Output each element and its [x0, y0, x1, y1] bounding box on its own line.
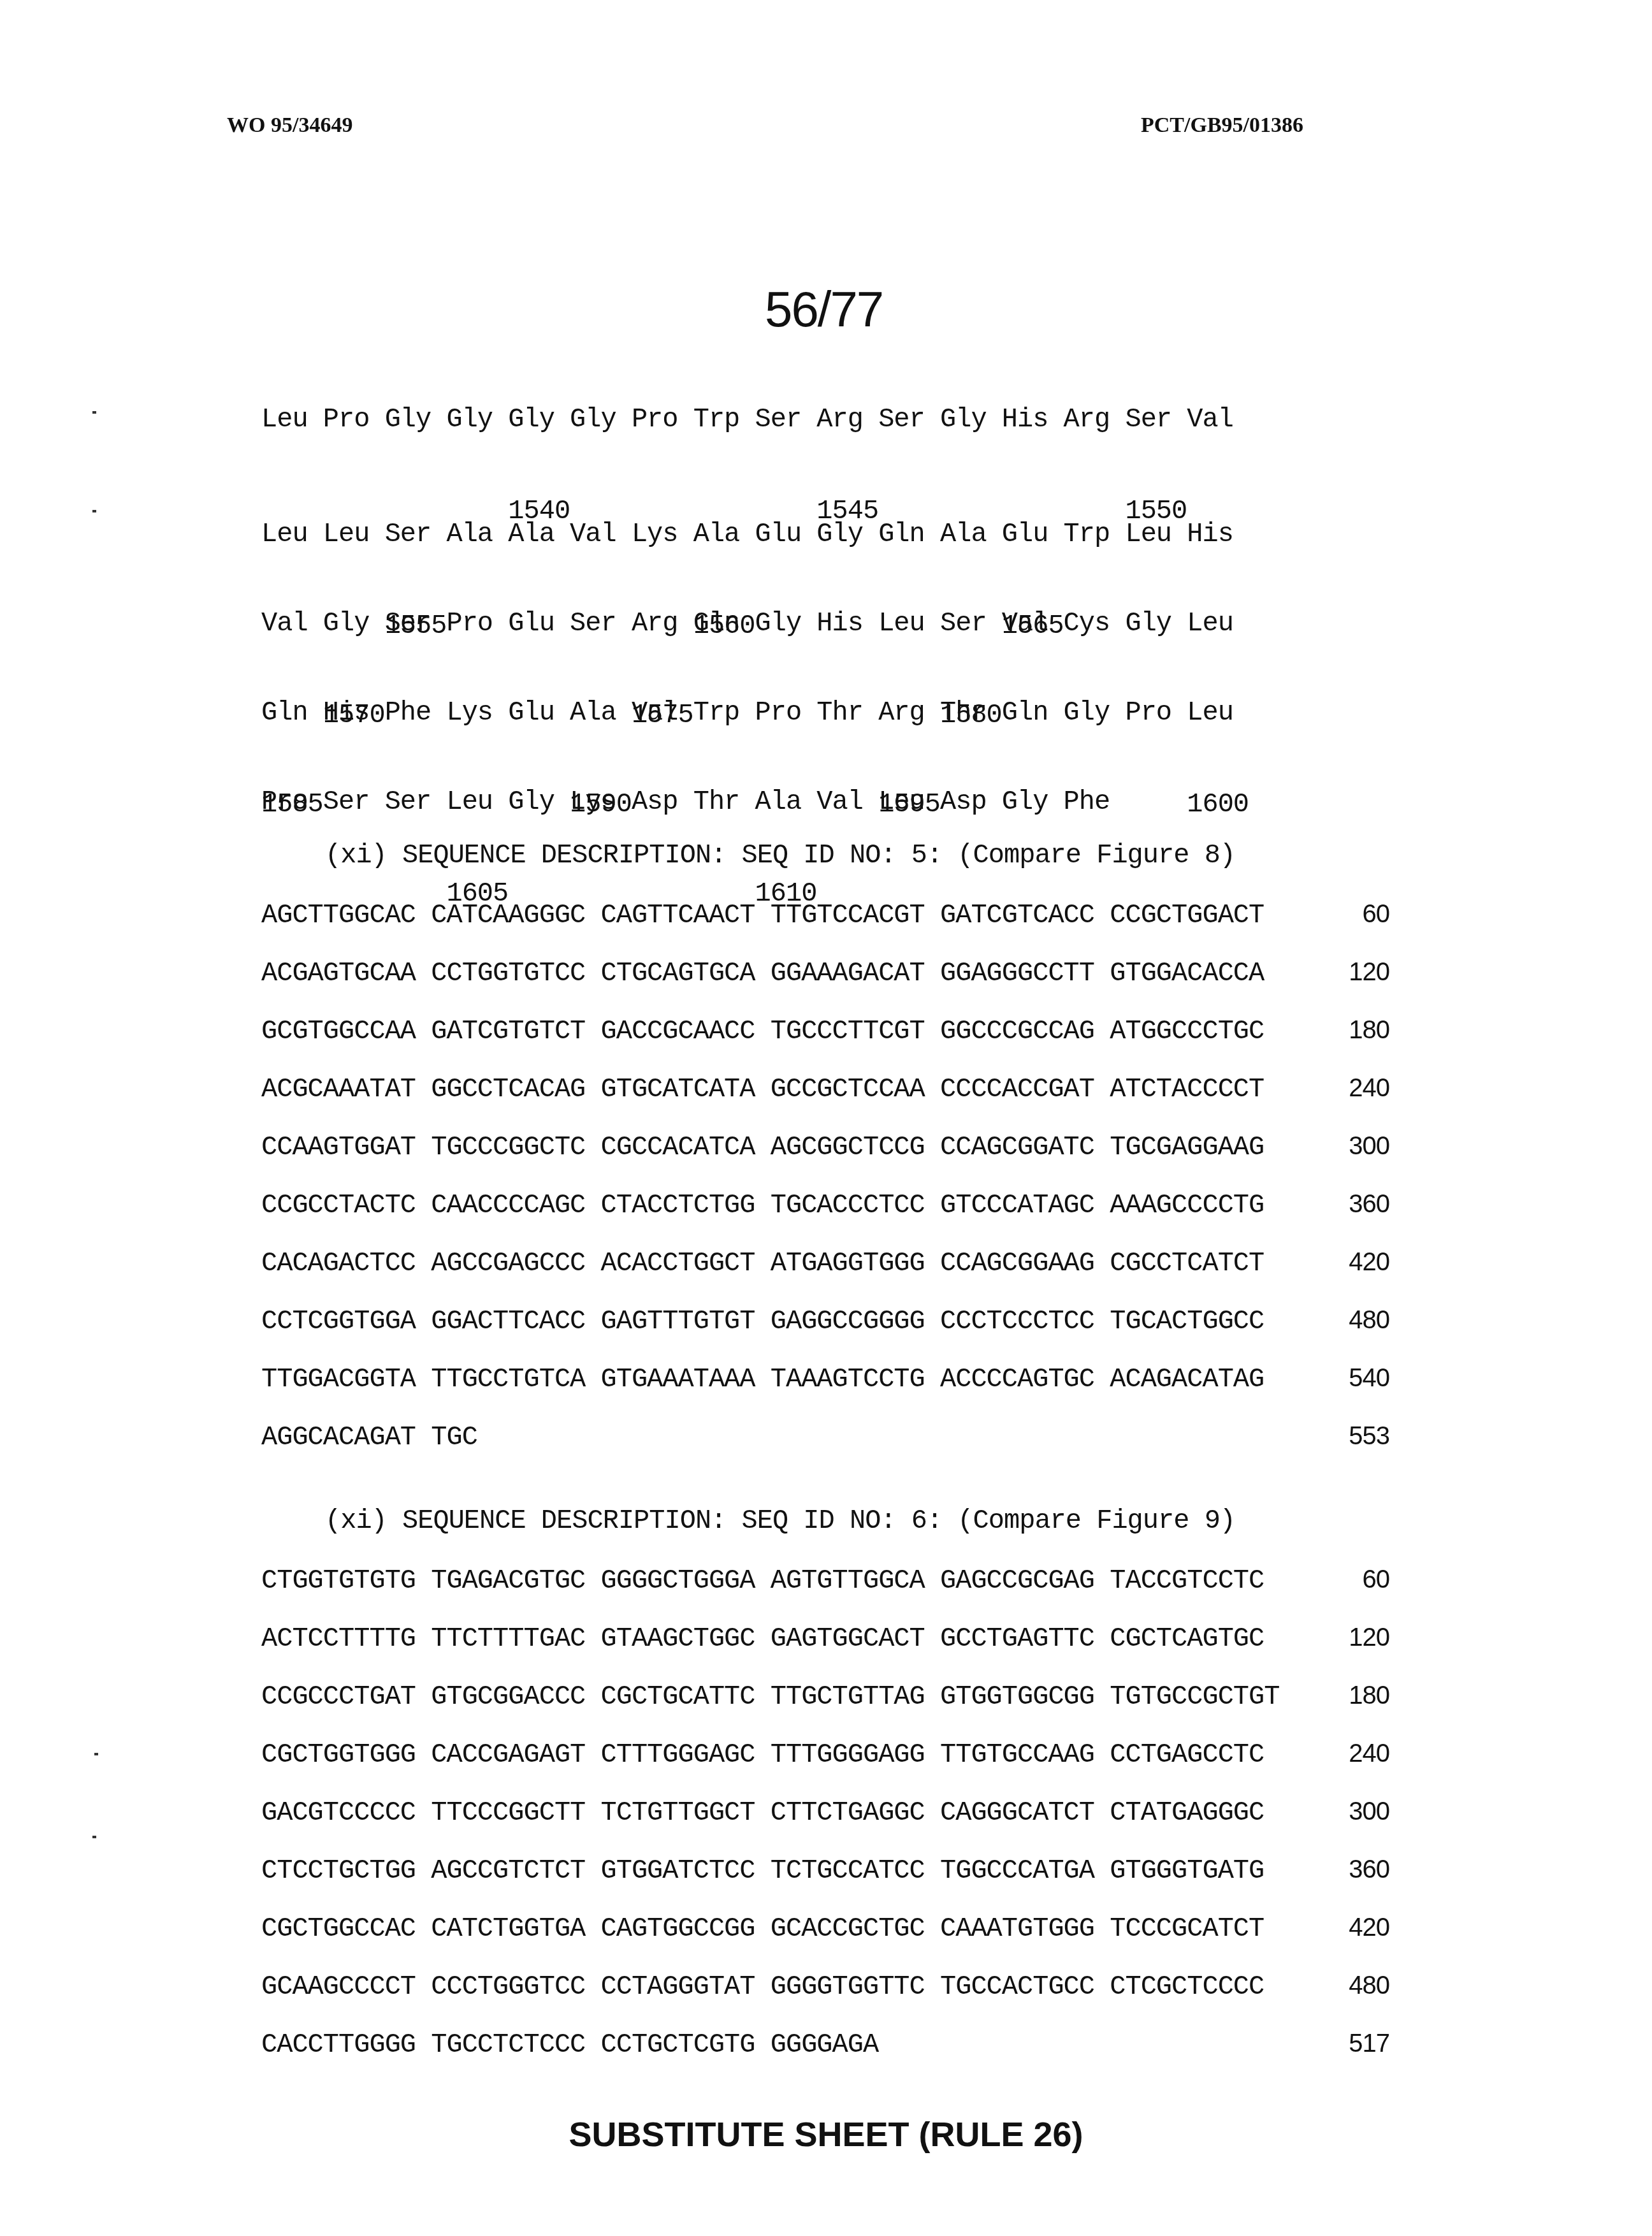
sequence: CCTCGGTGGA GGACTTCACC GAGTTTGTGT GAGGCCG… — [261, 1306, 1264, 1337]
position: 360 — [1349, 1190, 1389, 1219]
sequence: CGCTGGCCAC CATCTGGTGA CAGTGGCCGG GCACCGC… — [261, 1913, 1264, 1944]
position: 180 — [1349, 1681, 1389, 1710]
sequence: GACGTCCCCC TTCCCGGCTT TCTGTTGGCT CTTCTGA… — [261, 1797, 1264, 1828]
sequence-row: CCGCCCTGAT GTGCGGACCC CGCTGCATTC TTGCTGT… — [261, 1681, 1389, 1712]
sequence: ACGCAAATAT GGCCTCACAG GTGCATCATA GCCGCTC… — [261, 1074, 1264, 1105]
residues: Leu Pro Gly Gly Gly Gly Pro Trp Ser Arg … — [261, 404, 1233, 435]
position: 120 — [1349, 1623, 1389, 1652]
sequence-row: GCGTGGCCAA GATCGTGTCT GACCGCAACC TGCCCTT… — [261, 1016, 1389, 1047]
residues: Pro Ser Ser Leu Gly Lys Asp Thr Ala Val … — [261, 787, 1110, 817]
sequence: CCAAGTGGAT TGCCCGGCTC CGCCACATCA AGCGGCT… — [261, 1132, 1264, 1163]
residues: Leu Leu Ser Ala Ala Val Lys Ala Glu Gly … — [261, 519, 1233, 549]
position: 240 — [1349, 1739, 1389, 1768]
position: 240 — [1349, 1074, 1389, 1103]
scan-mark — [94, 1753, 98, 1755]
position: 553 — [1349, 1422, 1389, 1451]
sequence-row: CACCTTGGGG TGCCTCTCCC CCTGCTCGTG GGGGAGA… — [261, 2029, 1389, 2060]
sequence-row: ACTCCTTTTG TTCTTTTGAC GTAAGCTGGC GAGTGGC… — [261, 1623, 1389, 1654]
sequence-row: AGCTTGGCAC CATCAAGGGC CAGTTCAACT TTGTCCA… — [261, 900, 1389, 931]
sequence: CTGGTGTGTG TGAGACGTGC GGGGCTGGGA AGTGTTG… — [261, 1565, 1264, 1596]
sequence: CCGCCTACTC CAACCCCAGC CTACCTCTGG TGCACCC… — [261, 1190, 1264, 1221]
sequence: GCAAGCCCCT CCCTGGGTCC CCTAGGGTAT GGGGTGG… — [261, 1971, 1264, 2002]
sequence-row: GCAAGCCCCT CCCTGGGTCC CCTAGGGTAT GGGGTGG… — [261, 1971, 1389, 2002]
sequence: CGCTGGTGGG CACCGAGAGT CTTTGGGAGC TTTGGGG… — [261, 1739, 1264, 1770]
sequence-row: ACGAGTGCAA CCTGGTGTCC CTGCAGTGCA GGAAAGA… — [261, 958, 1389, 989]
position: 480 — [1349, 1306, 1389, 1335]
sequence: AGGCACAGAT TGC — [261, 1422, 477, 1453]
sequence-row: AGGCACAGAT TGC553 — [261, 1422, 1389, 1453]
position: 360 — [1349, 1855, 1389, 1884]
page-number: 56/77 — [765, 280, 883, 338]
position: 420 — [1349, 1248, 1389, 1277]
sequence-row: TTGGACGGTA TTGCCTGTCA GTGAAATAAA TAAAGTC… — [261, 1364, 1389, 1395]
position: 300 — [1349, 1797, 1389, 1826]
publication-number: WO 95/34649 — [227, 113, 352, 138]
sequence-row: CCAAGTGGAT TGCCCGGCTC CGCCACATCA AGCGGCT… — [261, 1132, 1389, 1163]
sequence: ACGAGTGCAA CCTGGTGTCC CTGCAGTGCA GGAAAGA… — [261, 958, 1264, 989]
position: 180 — [1349, 1016, 1389, 1045]
seq6-description: (xi) SEQUENCE DESCRIPTION: SEQ ID NO: 6:… — [325, 1506, 1235, 1536]
sequence-row: CTGGTGTGTG TGAGACGTGC GGGGCTGGGA AGTGTTG… — [261, 1565, 1389, 1596]
residues: Gln His Phe Lys Glu Ala Val Trp Pro Thr … — [261, 697, 1249, 728]
seq5-description: (xi) SEQUENCE DESCRIPTION: SEQ ID NO: 5:… — [325, 840, 1235, 871]
sequence: CACAGACTCC AGCCGAGCCC ACACCTGGCT ATGAGGT… — [261, 1248, 1264, 1279]
sequence: ACTCCTTTTG TTCTTTTGAC GTAAGCTGGC GAGTGGC… — [261, 1623, 1264, 1654]
sequence-row: ACGCAAATAT GGCCTCACAG GTGCATCATA GCCGCTC… — [261, 1074, 1389, 1105]
sequence: GCGTGGCCAA GATCGTGTCT GACCGCAACC TGCCCTT… — [261, 1016, 1264, 1047]
scan-mark — [92, 1836, 96, 1838]
position: 60 — [1363, 1565, 1390, 1594]
position: 420 — [1349, 1913, 1389, 1942]
sequence: AGCTTGGCAC CATCAAGGGC CAGTTCAACT TTGTCCA… — [261, 900, 1264, 931]
sequence-row: CACAGACTCC AGCCGAGCCC ACACCTGGCT ATGAGGT… — [261, 1248, 1389, 1279]
position: 120 — [1349, 958, 1389, 987]
residues: Val Gly Ser Pro Glu Ser Arg Gln Gly His … — [261, 608, 1233, 639]
scan-mark — [92, 510, 96, 512]
sequence-row: CTCCTGCTGG AGCCGTCTCT GTGGATCTCC TCTGCCA… — [261, 1855, 1389, 1886]
sequence-row: CCTCGGTGGA GGACTTCACC GAGTTTGTGT GAGGCCG… — [261, 1306, 1389, 1337]
sequence: CTCCTGCTGG AGCCGTCTCT GTGGATCTCC TCTGCCA… — [261, 1855, 1264, 1886]
sequence: CACCTTGGGG TGCCTCTCCC CCTGCTCGTG GGGGAGA — [261, 2029, 878, 2060]
position: 517 — [1349, 2029, 1389, 2058]
position: 480 — [1349, 1971, 1389, 2000]
sequence-row: CCGCCTACTC CAACCCCAGC CTACCTCTGG TGCACCC… — [261, 1190, 1389, 1221]
scan-mark — [92, 411, 96, 414]
sequence: TTGGACGGTA TTGCCTGTCA GTGAAATAAA TAAAGTC… — [261, 1364, 1264, 1395]
position: 540 — [1349, 1364, 1389, 1393]
sequence: CCGCCCTGAT GTGCGGACCC CGCTGCATTC TTGCTGT… — [261, 1681, 1279, 1712]
position: 300 — [1349, 1132, 1389, 1161]
application-number: PCT/GB95/01386 — [1141, 113, 1303, 138]
sequence-row: CGCTGGTGGG CACCGAGAGT CTTTGGGAGC TTTGGGG… — [261, 1739, 1389, 1770]
sequence-row: CGCTGGCCAC CATCTGGTGA CAGTGGCCGG GCACCGC… — [261, 1913, 1389, 1944]
substitute-sheet-footer: SUBSTITUTE SHEET (RULE 26) — [0, 2115, 1652, 2154]
position: 60 — [1363, 900, 1390, 929]
sequence-row: GACGTCCCCC TTCCCGGCTT TCTGTTGGCT CTTCTGA… — [261, 1797, 1389, 1828]
